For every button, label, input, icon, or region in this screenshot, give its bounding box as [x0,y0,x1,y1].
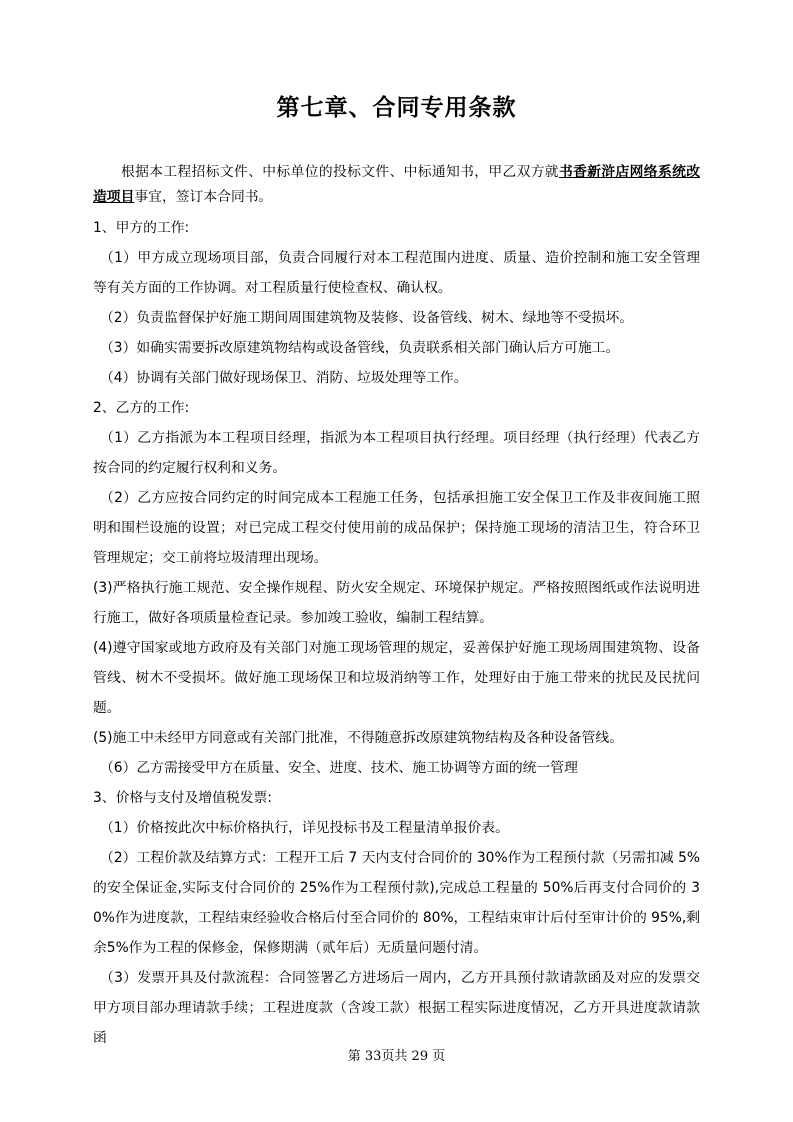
party-b-item-2: （2）乙方应按合同约定的时间完成本工程施工任务，包括承担施工安全保卫工作及非夜间… [93,483,700,573]
page-number: 第 33页共 29 页 [0,1045,793,1064]
party-b-item-3: (3)严格执行施工规范、安全操作规程、防火安全规定、环境保护规定。严格按照图纸或… [93,573,700,633]
party-a-item-3: （3）如确实需要拆改原建筑物结构或设备管线，负责联系相关部门确认后方可施工。 [93,333,700,363]
intro-prefix: 根据本工程招标文件、中标单位的投标文件、中标通知书，甲乙双方就 [121,164,559,180]
section-heading-price: 3、价格与支付及增值税发票: [93,783,700,813]
price-item-3: （3）发票开具及付款流程：合同签署乙方进场后一周内，乙方开具预付款请款函及对应的… [93,963,700,1053]
intro-paragraph: 根据本工程招标文件、中标单位的投标文件、中标通知书，甲乙双方就书香新浒店网络系统… [93,160,700,210]
document-page: 第七章、合同专用条款 根据本工程招标文件、中标单位的投标文件、中标通知书，甲乙双… [0,0,793,1122]
party-a-item-4: （4）协调有关部门做好现场保卫、消防、垃圾处理等工作。 [93,363,700,393]
party-a-item-2: （2）负责监督保护好施工期间周围建筑物及装修、设备管线、树木、绿地等不受损坏。 [93,303,700,333]
party-a-item-1: （1）甲方成立现场项目部，负责合同履行对本工程范围内进度、质量、造价控制和施工安… [93,243,700,303]
price-item-1: （1）价格按此次中标价格执行，详见投标书及工程量清单报价表。 [93,813,700,843]
price-item-2: （2）工程价款及结算方式：工程开工后 7 天内支付合同价的 30%作为工程预付款… [93,843,700,963]
party-b-item-6: （6）乙方需接受甲方在质量、安全、进度、技术、施工协调等方面的统一管理 [93,753,700,783]
party-b-item-1: （1）乙方指派为本工程项目经理，指派为本工程项目执行经理。项目经理（执行经理）代… [93,423,700,483]
party-b-item-5: (5)施工中未经甲方同意或有关部门批准，不得随意拆改原建筑物结构及各种设备管线。 [93,723,700,753]
chapter-title: 第七章、合同专用条款 [93,92,700,124]
intro-suffix: 事宜，签订本合同书。 [134,189,272,205]
section-heading-party-a: 1、甲方的工作: [93,213,700,243]
section-heading-party-b: 2、乙方的工作: [93,393,700,423]
party-b-item-4: (4)遵守国家或地方政府及有关部门对施工现场管理的规定，妥善保护好施工现场周围建… [93,633,700,723]
